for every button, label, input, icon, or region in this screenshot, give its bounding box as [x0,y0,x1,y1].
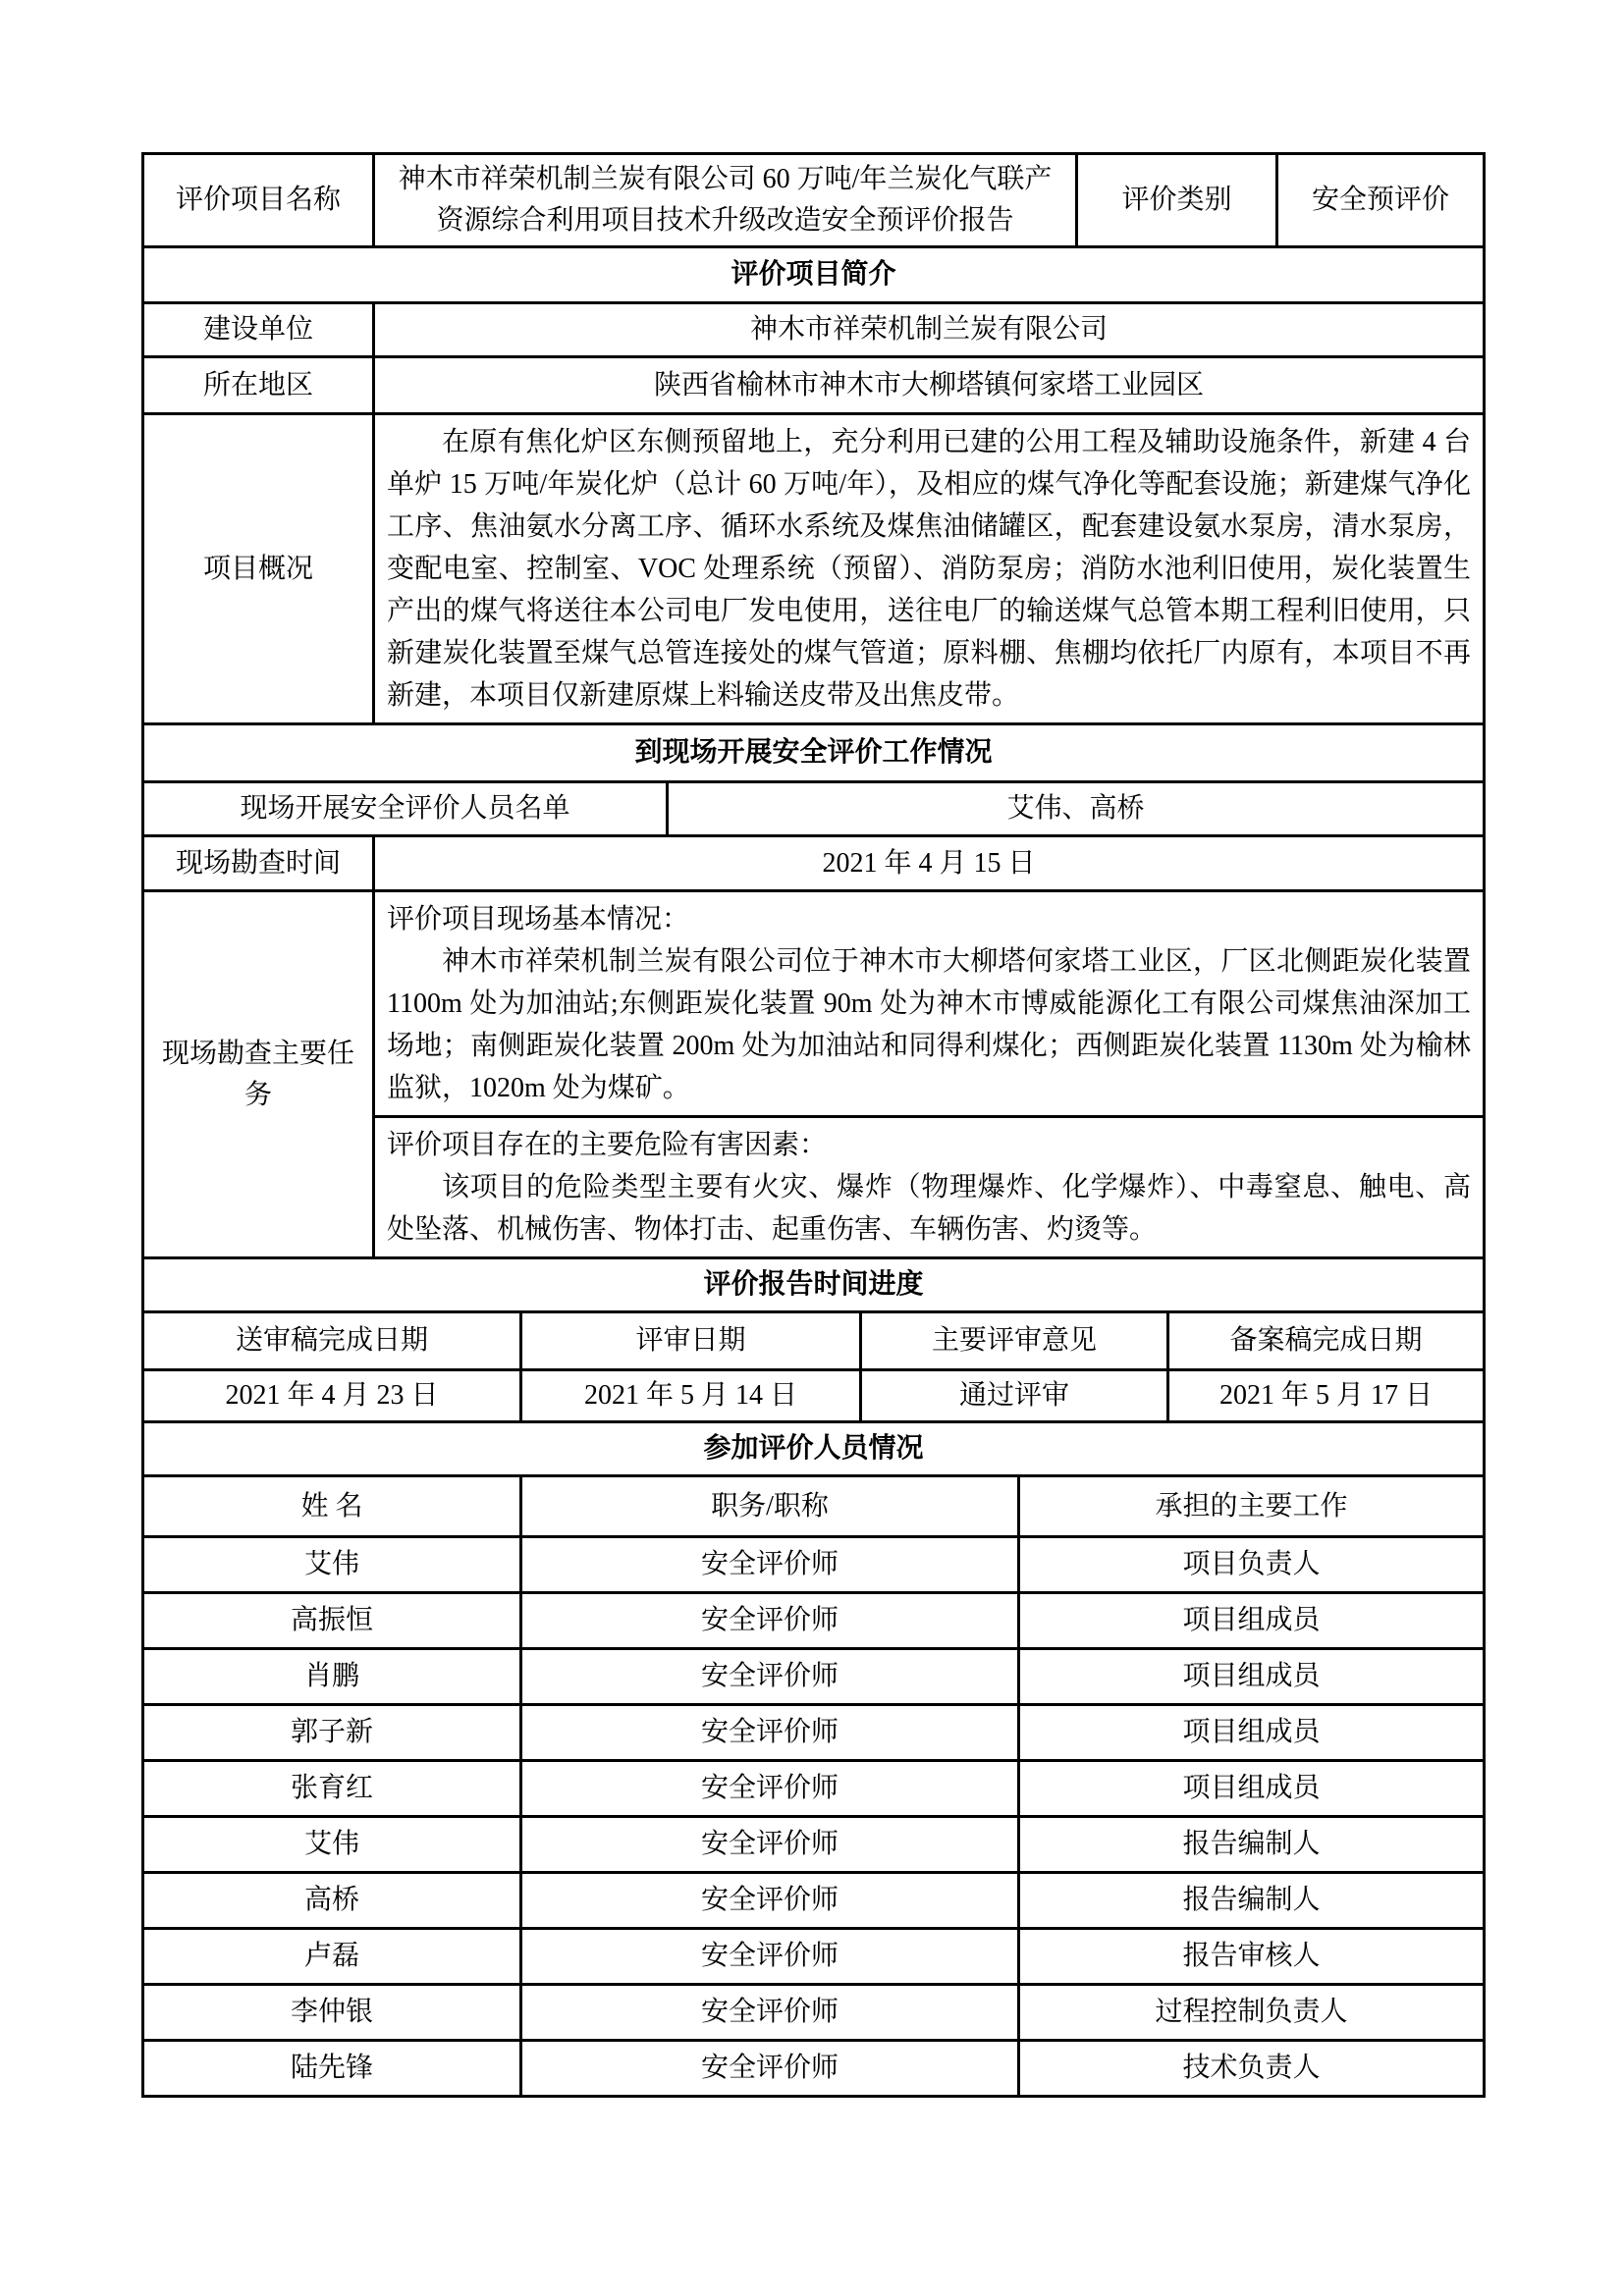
personnel-row: 陆先锋 安全评价师 技术负责人 [144,2042,1486,2098]
task-site-conditions-title: 评价项目现场基本情况： [387,898,1471,940]
location-row: 所在地区 陕西省榆林市神木市大柳塔镇何家塔工业园区 [144,358,1486,415]
schedule-section-row: 评价报告时间进度 [144,1259,1486,1313]
survey-date-value: 2021 年 4 月 15 日 [375,837,1486,892]
builder-row: 建设单位 神木市祥荣机制兰炭有限公司 [144,304,1486,358]
schedule-header-opinion: 主要评审意见 [862,1313,1169,1371]
personnel-duty: 报告审核人 [1020,1930,1486,1986]
personnel-duty: 过程控制负责人 [1020,1986,1486,2042]
builder-value: 神木市祥荣机制兰炭有限公司 [375,304,1486,358]
eval-type-label: 评价类别 [1078,155,1278,248]
personnel-name: 高桥 [144,1874,522,1930]
schedule-value-opinion: 通过评审 [862,1371,1169,1423]
personnel-title: 安全评价师 [522,1818,1020,1874]
personnel-name: 肖鹏 [144,1650,522,1706]
document-page: 评价项目名称 神木市祥荣机制兰炭有限公司 60 万吨/年兰炭化气联产资源综合利用… [0,0,1624,2296]
eval-type-value: 安全预评价 [1278,155,1486,248]
site-staff-row: 现场开展安全评价人员名单 艾伟、高桥 [144,783,1486,837]
personnel-duty: 项目组成员 [1020,1594,1486,1650]
personnel-name: 郭子新 [144,1706,522,1762]
personnel-row: 李仲银 安全评价师 过程控制负责人 [144,1986,1486,2042]
task-hazards-title: 评价项目存在的主要危险有害因素： [387,1124,1471,1166]
survey-tasks-row: 现场勘查主要任务 评价项目现场基本情况： 神木市祥荣机制兰炭有限公司位于神木市大… [144,892,1486,1259]
site-work-section-row: 到现场开展安全评价工作情况 [144,725,1486,783]
site-staff-value: 艾伟、高桥 [669,783,1486,837]
personnel-name: 张育红 [144,1762,522,1818]
task-hazards-body: 该项目的危险类型主要有火灾、爆炸（物理爆炸、化学爆炸）、中毒窒息、触电、高处坠落… [387,1166,1471,1251]
personnel-title: 安全评价师 [522,1650,1020,1706]
task-site-conditions: 评价项目现场基本情况： 神木市祥荣机制兰炭有限公司位于神木市大柳塔何家塔工业区，… [375,892,1486,1118]
personnel-title: 安全评价师 [522,1538,1020,1594]
personnel-section-title: 参加评价人员情况 [144,1423,1486,1477]
schedule-value-row: 2021 年 4 月 23 日 2021 年 5 月 14 日 通过评审 202… [144,1371,1486,1423]
project-name-value: 神木市祥荣机制兰炭有限公司 60 万吨/年兰炭化气联产资源综合利用项目技术升级改… [375,155,1078,248]
personnel-header-duty: 承担的主要工作 [1020,1477,1486,1538]
personnel-title: 安全评价师 [522,1986,1020,2042]
project-overview-label: 项目概况 [144,415,375,725]
location-value: 陕西省榆林市神木市大柳塔镇何家塔工业园区 [375,358,1486,415]
personnel-row: 郭子新 安全评价师 项目组成员 [144,1706,1486,1762]
personnel-row: 高振恒 安全评价师 项目组成员 [144,1594,1486,1650]
schedule-header-row: 送审稿完成日期 评审日期 主要评审意见 备案稿完成日期 [144,1313,1486,1371]
personnel-name: 陆先锋 [144,2042,522,2098]
survey-date-label: 现场勘查时间 [144,837,375,892]
personnel-header-title: 职务/职称 [522,1477,1020,1538]
personnel-duty: 报告编制人 [1020,1818,1486,1874]
project-name-label: 评价项目名称 [144,155,375,248]
personnel-name: 卢磊 [144,1930,522,1986]
personnel-name: 艾伟 [144,1818,522,1874]
survey-tasks-content: 评价项目现场基本情况： 神木市祥荣机制兰炭有限公司位于神木市大柳塔何家塔工业区，… [375,892,1486,1259]
personnel-row: 肖鹏 安全评价师 项目组成员 [144,1650,1486,1706]
intro-section-title: 评价项目简介 [144,248,1486,304]
task-site-conditions-body: 神木市祥荣机制兰炭有限公司位于神木市大柳塔何家塔工业区，厂区北侧距炭化装置 11… [387,940,1471,1109]
personnel-row: 艾伟 安全评价师 报告编制人 [144,1818,1486,1874]
personnel-duty: 报告编制人 [1020,1874,1486,1930]
schedule-header-review-date: 评审日期 [522,1313,862,1371]
personnel-title: 安全评价师 [522,1594,1020,1650]
survey-tasks-label: 现场勘查主要任务 [144,892,375,1259]
personnel-header-name: 姓 名 [144,1477,522,1538]
personnel-section-row: 参加评价人员情况 [144,1423,1486,1477]
personnel-duty: 项目负责人 [1020,1538,1486,1594]
schedule-value-draft: 2021 年 4 月 23 日 [144,1371,522,1423]
personnel-title: 安全评价师 [522,1930,1020,1986]
schedule-header-record: 备案稿完成日期 [1169,1313,1486,1371]
intro-section-row: 评价项目简介 [144,248,1486,304]
site-staff-label: 现场开展安全评价人员名单 [144,783,669,837]
personnel-title: 安全评价师 [522,1874,1020,1930]
site-work-section-title: 到现场开展安全评价工作情况 [144,725,1486,783]
personnel-row: 艾伟 安全评价师 项目负责人 [144,1538,1486,1594]
personnel-header-row: 姓 名 职务/职称 承担的主要工作 [144,1477,1486,1538]
personnel-name: 高振恒 [144,1594,522,1650]
personnel-duty: 技术负责人 [1020,2042,1486,2098]
personnel-name: 艾伟 [144,1538,522,1594]
survey-date-row: 现场勘查时间 2021 年 4 月 15 日 [144,837,1486,892]
personnel-row: 高桥 安全评价师 报告编制人 [144,1874,1486,1930]
project-overview-row: 项目概况 在原有焦化炉区东侧预留地上，充分利用已建的公用工程及辅助设施条件，新建… [144,415,1486,725]
location-label: 所在地区 [144,358,375,415]
personnel-row: 卢磊 安全评价师 报告审核人 [144,1930,1486,1986]
evaluation-report-table: 评价项目名称 神木市祥荣机制兰炭有限公司 60 万吨/年兰炭化气联产资源综合利用… [141,152,1486,2098]
personnel-name: 李仲银 [144,1986,522,2042]
personnel-duty: 项目组成员 [1020,1706,1486,1762]
schedule-header-draft: 送审稿完成日期 [144,1313,522,1371]
personnel-title: 安全评价师 [522,1706,1020,1762]
personnel-duty: 项目组成员 [1020,1650,1486,1706]
personnel-duty: 项目组成员 [1020,1762,1486,1818]
schedule-value-record: 2021 年 5 月 17 日 [1169,1371,1486,1423]
task-hazards: 评价项目存在的主要危险有害因素： 该项目的危险类型主要有火灾、爆炸（物理爆炸、化… [375,1118,1486,1259]
project-overview-paragraph: 在原有焦化炉区东侧预留地上，充分利用已建的公用工程及辅助设施条件，新建 4 台单… [387,421,1471,717]
project-name-row: 评价项目名称 神木市祥荣机制兰炭有限公司 60 万吨/年兰炭化气联产资源综合利用… [144,155,1486,248]
personnel-row: 张育红 安全评价师 项目组成员 [144,1762,1486,1818]
project-overview-value: 在原有焦化炉区东侧预留地上，充分利用已建的公用工程及辅助设施条件，新建 4 台单… [375,415,1486,725]
builder-label: 建设单位 [144,304,375,358]
personnel-title: 安全评价师 [522,2042,1020,2098]
schedule-value-review-date: 2021 年 5 月 14 日 [522,1371,862,1423]
schedule-section-title: 评价报告时间进度 [144,1259,1486,1313]
personnel-title: 安全评价师 [522,1762,1020,1818]
